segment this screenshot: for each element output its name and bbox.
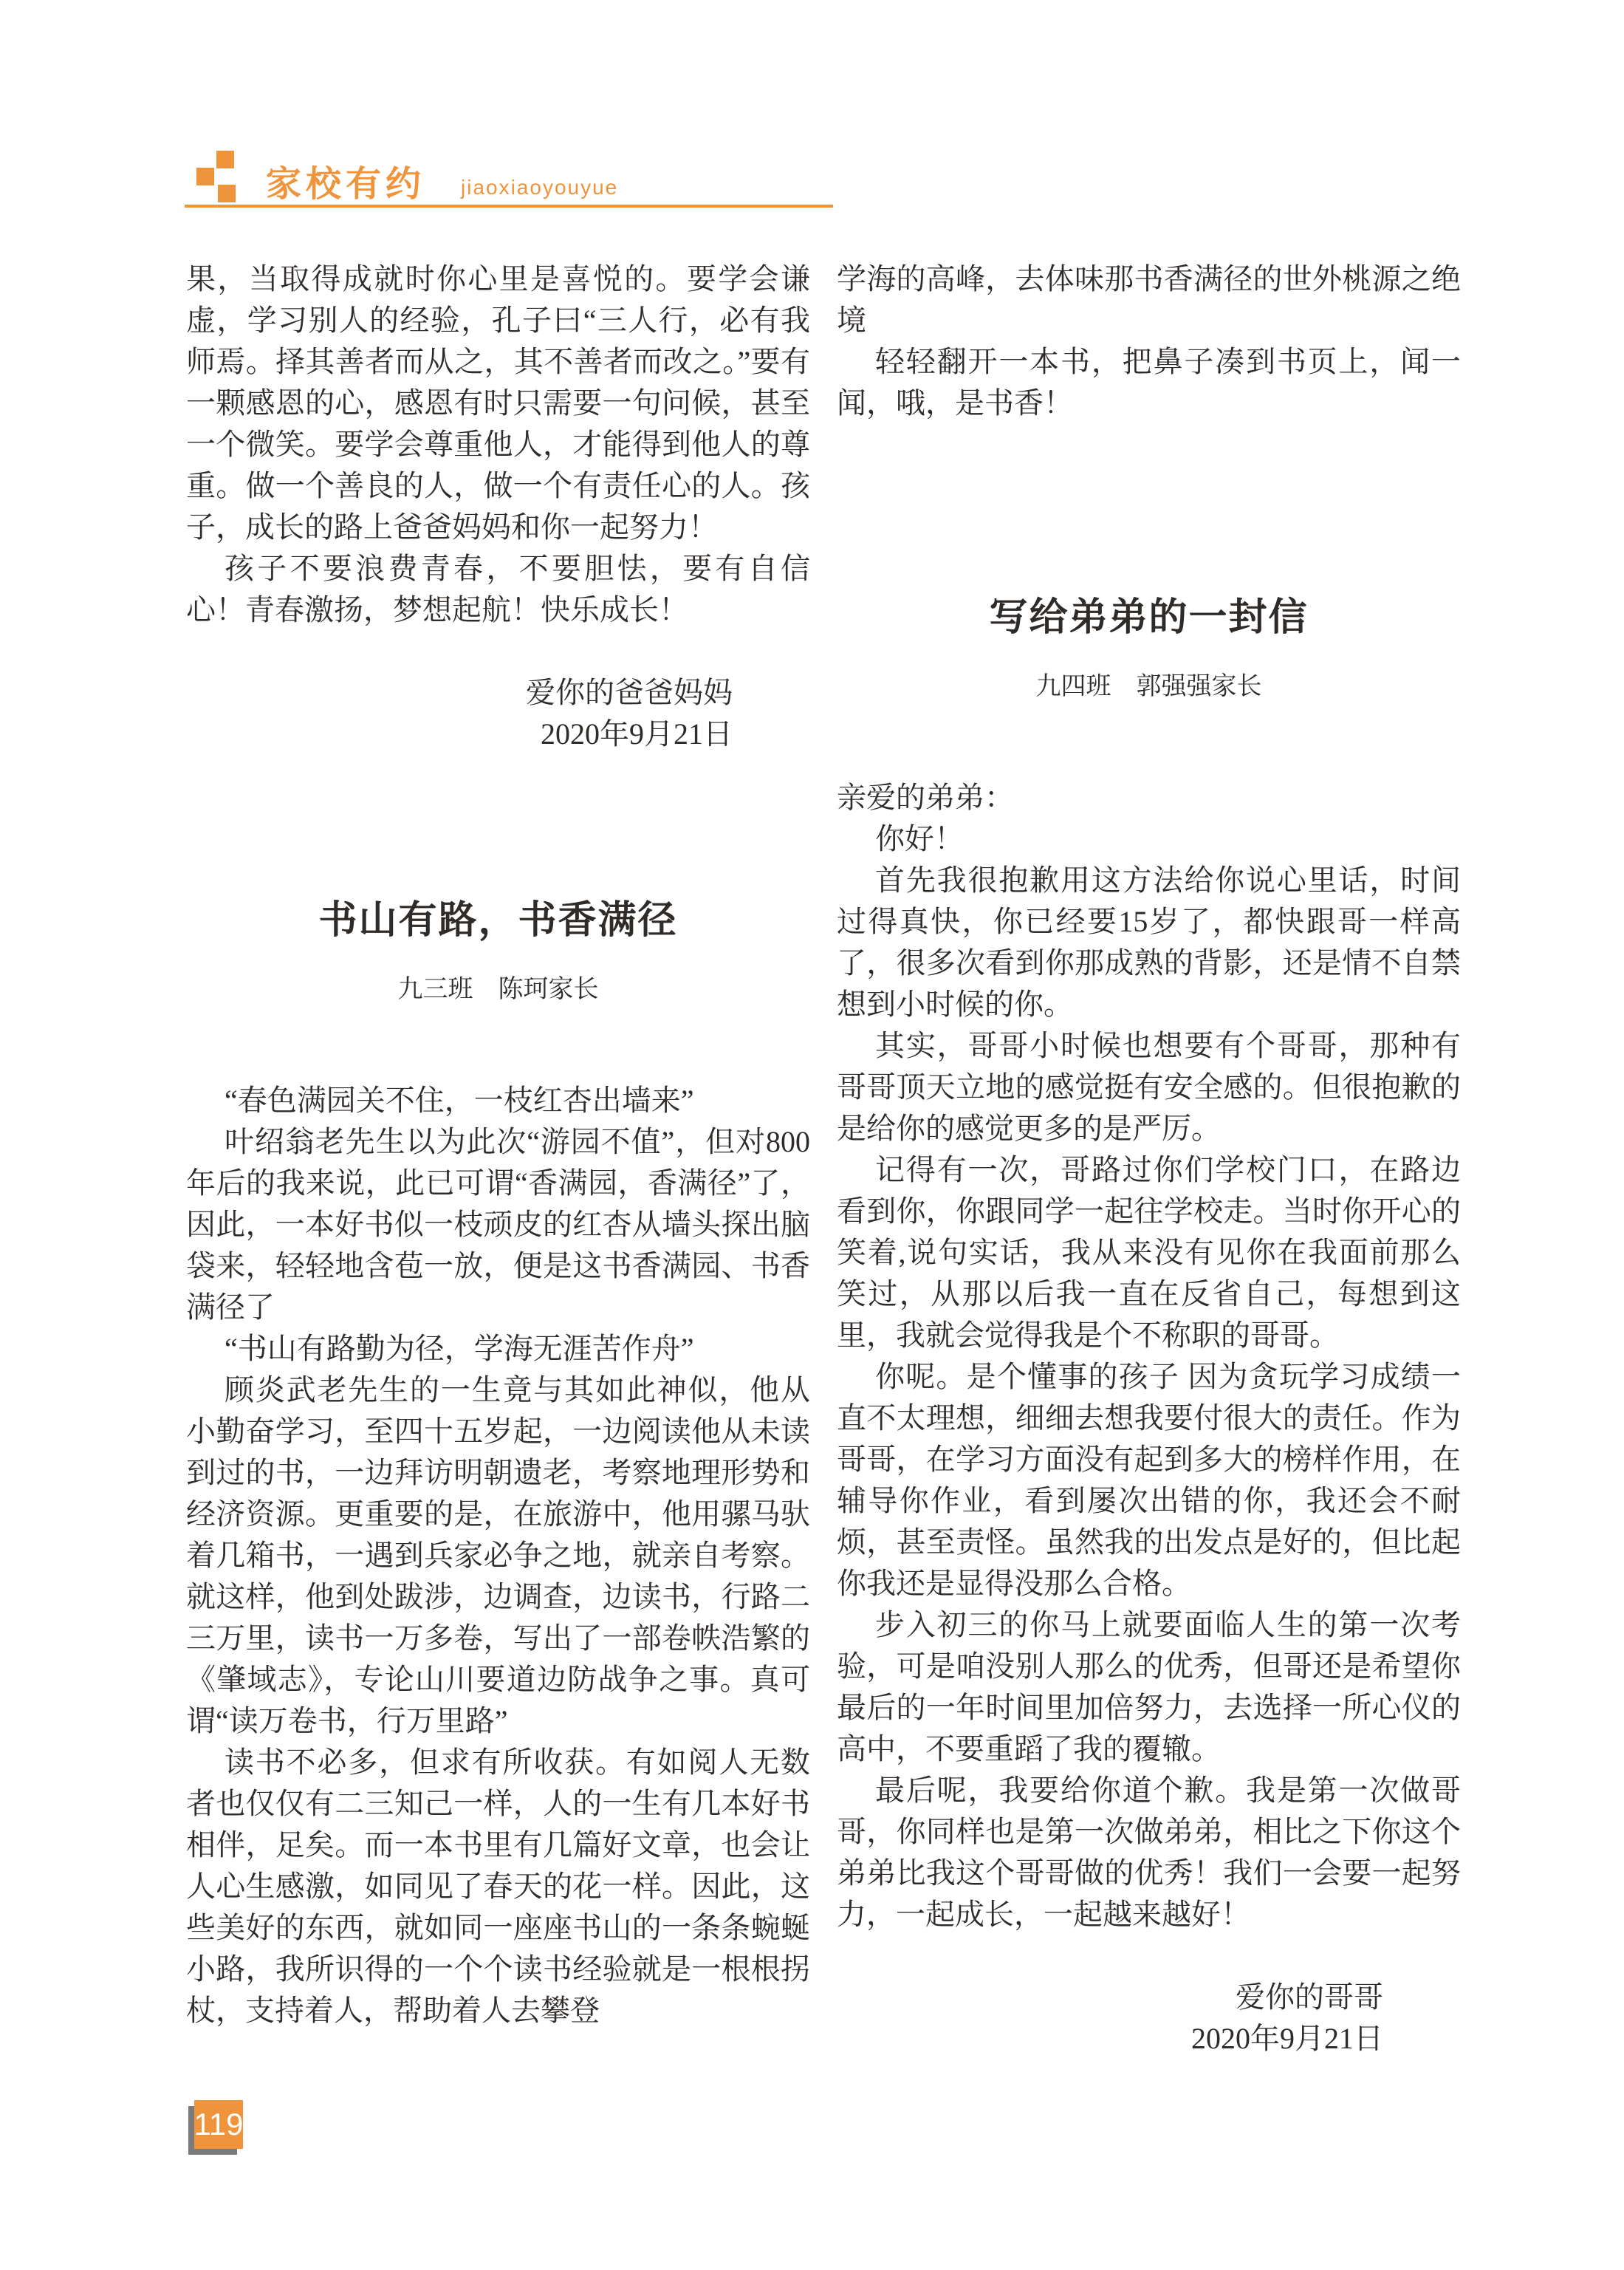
paragraph: 记得有一次，哥路过你们学校门口，在路边看到你，你跟同学一起往学校走。当时你开心的… — [837, 1149, 1461, 1356]
logo-square — [216, 151, 234, 168]
paragraph: 你好！ — [837, 818, 1461, 860]
section-subtitle: jiaoxiaoyouyue — [461, 176, 618, 199]
page-number: 119 — [194, 2109, 244, 2140]
checker-logo-icon — [196, 151, 236, 204]
paragraph: 孩子不要浪费青春，不要胆怯，要有自信心！青春激扬，梦想起航！快乐成长！ — [186, 548, 810, 631]
letter-byline: 九四班 郭强强家长 — [837, 671, 1461, 703]
left-column: 果，当取得成就时你心里是喜悦的。要学会谦虚，学习别人的经验，孔子曰“三人行，必有… — [186, 259, 810, 2031]
signature-name: 爱你的哥哥 — [837, 1977, 1383, 2018]
letter-signature-block: 爱你的哥哥 2020年9月21日 — [837, 1977, 1461, 2059]
quote-line: “书山有路勤为径，学海无涯苦作舟” — [186, 1328, 810, 1370]
paragraph: 首先我很抱歉用这方法给你说心里话，时间过得真快，你已经要15岁了，都快跟哥一样高… — [837, 860, 1461, 1025]
article-title: 书山有路，书香满径 — [186, 895, 810, 947]
letter-signature-block: 爱你的爸爸妈妈 2020年9月21日 — [186, 672, 810, 755]
paragraph: 叶绍翁老先生以为此次“游园不值”，但对800年后的我来说，此已可谓“香满园，香满… — [186, 1121, 810, 1328]
paragraph: 读书不必多，但求有所收获。有如阅人无数者也仅仅有二三知己一样，人的一生有几本好书… — [186, 1742, 810, 2031]
right-column: 学海的高峰，去体味那书香满径的世外桃源之绝境 轻轻翻开一本书，把鼻子凑到书页上，… — [837, 259, 1461, 2059]
section-header: 家校有约 jiaoxiaoyouyue — [186, 145, 851, 211]
logo-square — [196, 168, 214, 185]
magazine-page: 家校有约 jiaoxiaoyouyue 果，当取得成就时你心里是喜悦的。要学会谦… — [0, 0, 1624, 2270]
article-byline: 九三班 陈珂家长 — [186, 974, 810, 1006]
quote-line: “春色满园关不住，一枝红杏出墙来” — [186, 1080, 810, 1121]
page-number-badge: 119 — [194, 2100, 243, 2149]
header-rule — [185, 205, 833, 208]
paragraph: 顾炎武老先生的一生竟与其如此神似，他从小勤奋学习，至四十五岁起，一边阅读他从未读… — [186, 1370, 810, 1742]
paragraph: 果，当取得成就时你心里是喜悦的。要学会谦虚，学习别人的经验，孔子曰“三人行，必有… — [186, 259, 810, 548]
section-title: 家校有约 — [266, 155, 425, 206]
logo-square — [218, 185, 236, 202]
paragraph: 学海的高峰，去体味那书香满径的世外桃源之绝境 — [837, 259, 1461, 341]
signature-name: 爱你的爸爸妈妈 — [186, 672, 733, 714]
paragraph: 轻轻翻开一本书，把鼻子凑到书页上，闻一闻，哦，是书香！ — [837, 341, 1461, 424]
signature-date: 2020年9月21日 — [186, 714, 733, 755]
paragraph: 步入初三的你马上就要面临人生的第一次考验，可是咱没别人那么的优秀，但哥还是希望你… — [837, 1604, 1461, 1770]
letter-title: 写给弟弟的一封信 — [837, 592, 1461, 644]
letter-salutation: 亲爱的弟弟： — [837, 777, 1461, 818]
paragraph: 最后呢，我要给你道个歉。我是第一次做哥哥，你同样也是第一次做弟弟，相比之下你这个… — [837, 1770, 1461, 1935]
paragraph: 你呢。是个懂事的孩子 因为贪玩学习成绩一直不太理想，细细去想我要付很大的责任。作… — [837, 1356, 1461, 1604]
paragraph: 其实，哥哥小时候也想要有个哥哥，那种有哥哥顶天立地的感觉挺有安全感的。但很抱歉的… — [837, 1025, 1461, 1149]
signature-date: 2020年9月21日 — [837, 2018, 1383, 2059]
